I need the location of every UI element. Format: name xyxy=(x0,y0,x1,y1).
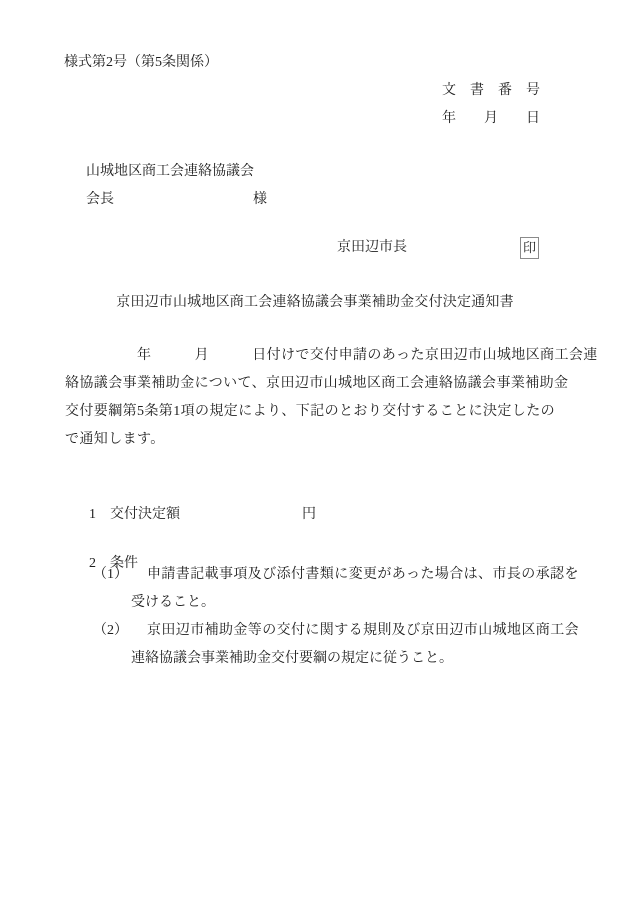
body-paragraph-line: で通知します。 xyxy=(65,431,585,448)
body-paragraph-line: 交付要綱第5条第1項の規定により、下記のとおり交付することに決定したの xyxy=(65,403,585,420)
section-grant-amount: 1交付決定額円 xyxy=(75,489,316,540)
condition-item-text: 申請書記載事項及び添付書類に変更があった場合は、市長の承認を xyxy=(147,566,579,583)
document-title: 京田辺市山城地区商工会連絡協議会事業補助金交付決定通知書 xyxy=(0,294,630,311)
document-page: 様式第2号（第5条関係） 文 書 番 号 年 月 日 山城地区商工会連絡協議会 … xyxy=(0,0,630,903)
recipient-role: 会長 xyxy=(86,191,114,208)
date-label: 年 月 日 xyxy=(442,110,540,127)
body-paragraph-line: 絡協議会事業補助金について、京田辺市山城地区商工会連絡協議会事業補助金 xyxy=(65,375,585,392)
condition-item-marker: （1） xyxy=(93,566,128,583)
condition-item-text: 受けること。 xyxy=(131,594,215,611)
recipient-honorific: 様 xyxy=(253,191,267,208)
document-number-label: 文 書 番 号 xyxy=(442,82,540,99)
section-label: 交付決定額 xyxy=(110,507,180,522)
seal-placeholder-box: 印 xyxy=(520,237,539,259)
currency-unit-label: 円 xyxy=(302,507,316,522)
body-paragraph-line: 年 月 日付けで交付申請のあった京田辺市山城地区商工会連 xyxy=(65,347,585,364)
form-number-label: 様式第2号（第5条関係） xyxy=(64,54,218,71)
condition-item-text: 連絡協議会事業補助金交付要綱の規定に従うこと。 xyxy=(131,650,453,667)
section-number: 1 xyxy=(89,507,96,522)
issuer-name: 京田辺市長 xyxy=(337,239,407,256)
recipient-organization: 山城地区商工会連絡協議会 xyxy=(86,163,254,180)
condition-item-marker: （2） xyxy=(93,622,128,639)
condition-item-text: 京田辺市補助金等の交付に関する規則及び京田辺市山城地区商工会 xyxy=(147,622,579,639)
